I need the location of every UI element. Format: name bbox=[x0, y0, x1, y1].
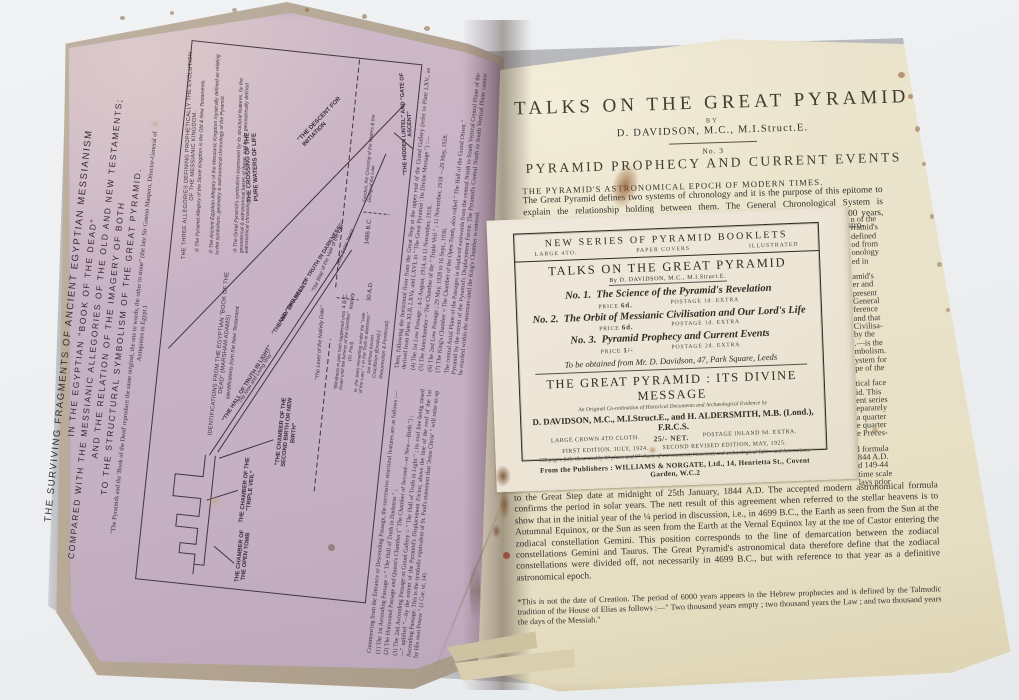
byline-rule bbox=[669, 141, 757, 145]
foxing-spot bbox=[915, 126, 920, 132]
gutter-stain bbox=[495, 465, 511, 487]
foxing-spot bbox=[170, 11, 174, 15]
foxing-spot bbox=[120, 16, 125, 20]
foxing-spot bbox=[232, 8, 237, 12]
crossing-label: THE CROSSING OF THE PURE WATERS OF LIFE bbox=[244, 128, 260, 206]
gutter-smudge bbox=[470, 560, 480, 622]
body-paragraph: to the Great Step date at midnight of 25… bbox=[514, 480, 941, 585]
obscured-line-endings: n of therramid'sdefinedod fromonologyed … bbox=[850, 214, 918, 487]
foxing-spot bbox=[648, 446, 657, 454]
foxing-spot bbox=[922, 162, 926, 166]
creation-footnote: *This is not the date of Creation. The p… bbox=[517, 584, 942, 627]
foxing-spot bbox=[908, 94, 913, 99]
pyramid-diagram: THE THREE ALLEGORIES DEFINING PROPHETICA… bbox=[135, 40, 422, 603]
foxing-spot bbox=[946, 308, 950, 312]
faint-stain bbox=[150, 120, 160, 128]
foxing-spot bbox=[424, 26, 430, 31]
red-speck bbox=[503, 552, 510, 559]
foxing-spot bbox=[937, 262, 942, 267]
yellow-stain bbox=[208, 496, 221, 507]
dark-spot bbox=[328, 544, 335, 551]
foxing-spot bbox=[305, 8, 309, 12]
gutter-stain bbox=[499, 490, 510, 520]
gutter-stain bbox=[492, 524, 501, 538]
right-page-content: TALKS ON THE GREAT PYRAMID BY D. DAVIDSO… bbox=[490, 33, 960, 697]
format-covers: PAPER COVERS bbox=[636, 246, 690, 254]
foxing-spot bbox=[898, 72, 905, 78]
left-page-content: THE SURVIVING FRAGMENTS OF ANCIENT EGYPT… bbox=[30, 27, 530, 670]
book-photo: THE SURVIVING FRAGMENTS OF ANCIENT EGYPT… bbox=[0, 0, 1019, 700]
foxing-spot bbox=[872, 428, 878, 434]
foxing-spot bbox=[362, 14, 367, 19]
format-size: LARGE 4TO. bbox=[535, 250, 578, 258]
insert-sheet: NEW SERIES OF PYRAMID BOOKLETS LARGE 4TO… bbox=[486, 207, 858, 493]
format-illustrated: ILLUSTRATED bbox=[749, 242, 799, 250]
booklet-advert-box: NEW SERIES OF PYRAMID BOOKLETS LARGE 4TO… bbox=[513, 222, 828, 462]
foxing-spot bbox=[930, 214, 934, 219]
